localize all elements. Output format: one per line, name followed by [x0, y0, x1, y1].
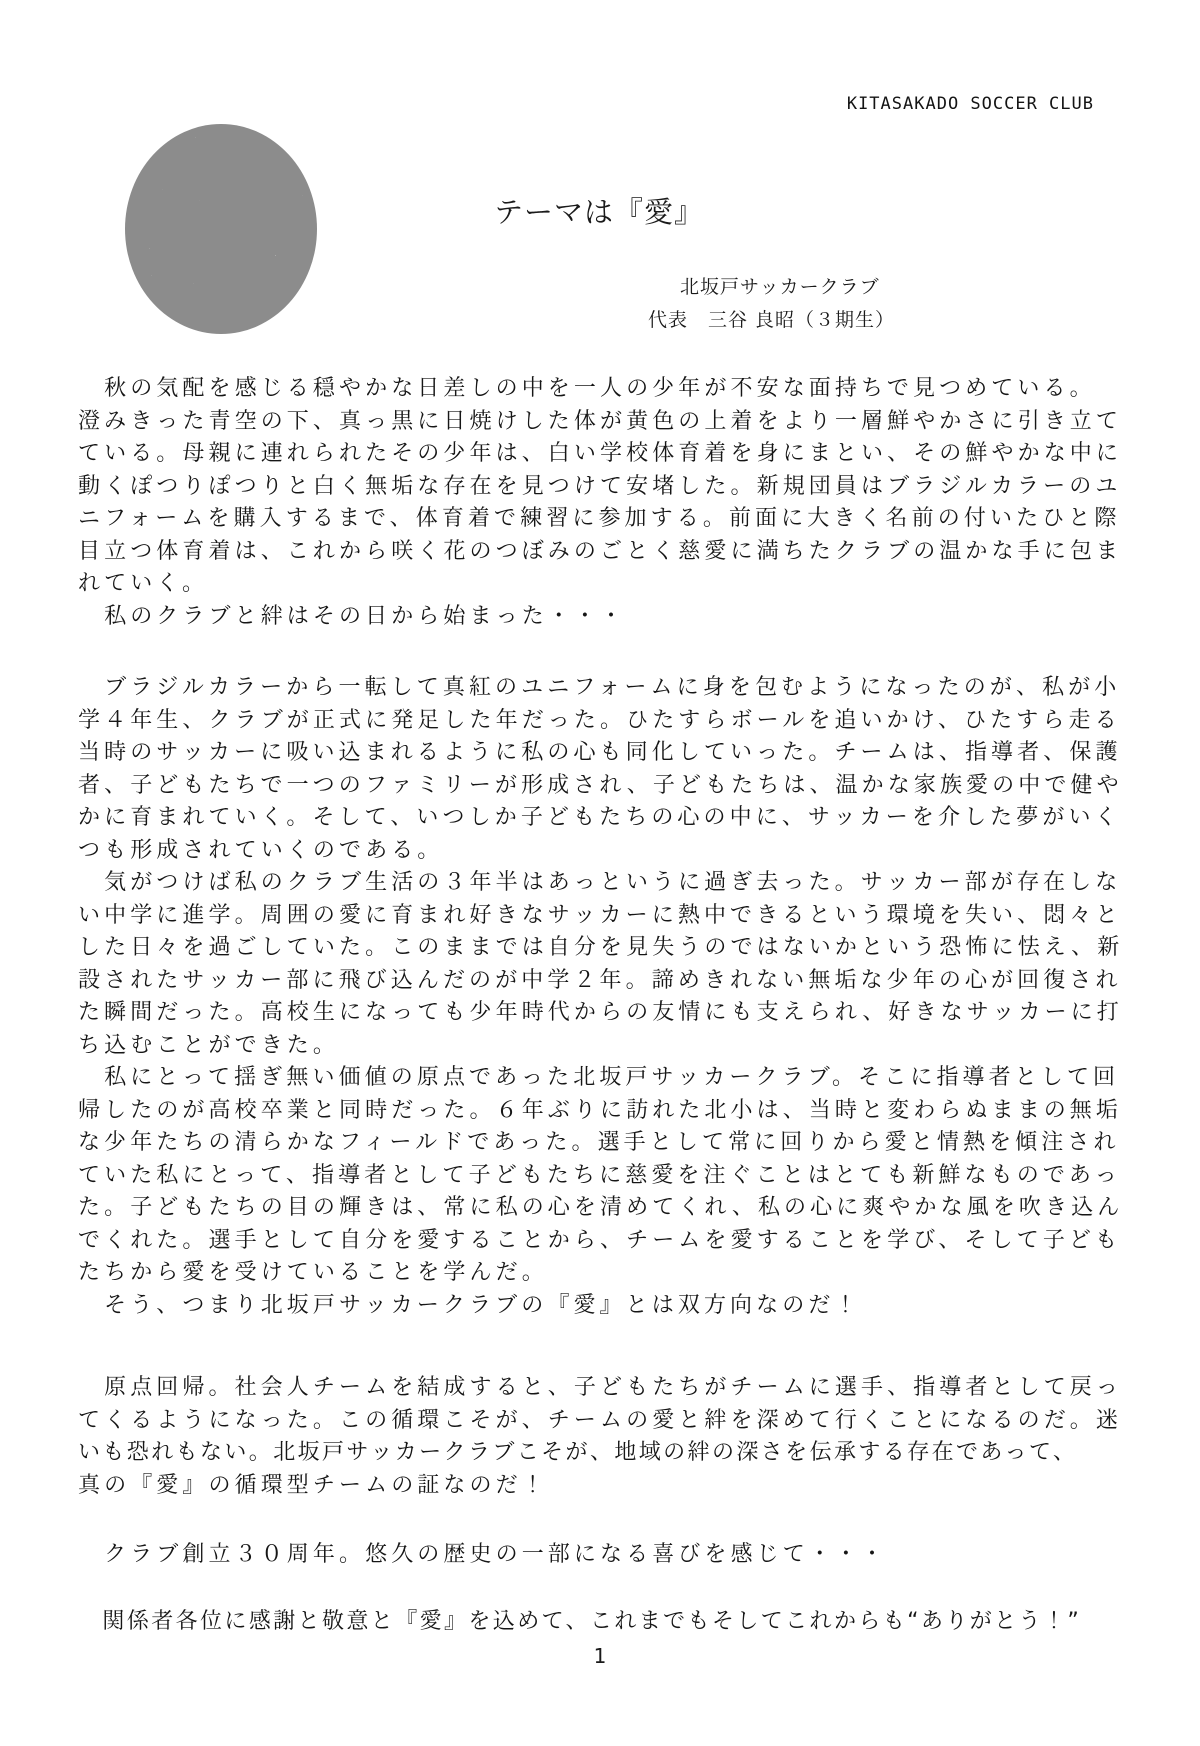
page-title: テーマは『愛』 [494, 190, 704, 231]
text-line: れていく。 [78, 568, 1122, 601]
text-line: 気がつけば私のクラブ生活の３年半はあっというに過ぎ去った。サッカー部が存在しな [78, 867, 1123, 900]
text-line: 関係者各位に感謝と敬意と『愛』を込めて、これまでもそしてこれからも“ありがとう！… [78, 1606, 1081, 1639]
text-line: ブラジルカラーから一転して真紅のユニフォームに身を包むようになったのが、私が小 [78, 672, 1123, 705]
text-line: ニフォームを購入するまで、体育着で練習に参加する。前面に大きく名前の付いたひと際 [78, 503, 1122, 536]
paragraph: ブラジルカラーから一転して真紅のユニフォームに身を包むようになったのが、私が小学… [78, 672, 1123, 1322]
text-line: ち込むことができた。 [78, 1030, 1123, 1063]
text-line: 学４年生、クラブが正式に発足した年だった。ひたすらボールを追いかけ、ひたすら走る [78, 705, 1123, 738]
text-line: 私のクラブと絆はその日から始まった・・・ [78, 601, 1122, 634]
text-line: 原点回帰。社会人チームを結成すると、子どもたちがチームに選手、指導者として戻っ [78, 1372, 1122, 1405]
text-line: てくるようになった。この循環こそが、チームの愛と絆を深めて行くことになるのだ。迷 [78, 1405, 1122, 1438]
text-line: 当時のサッカーに吸い込まれるように私の心も同化していった。チームは、指導者、保護 [78, 737, 1123, 770]
text-line: かに育まれていく。そして、いつしか子どもたちの心の中に、サッカーを介した夢がいく [78, 802, 1123, 835]
text-line: でくれた。選手として自分を愛することから、チームを愛することを学び、そして子ども [78, 1225, 1123, 1258]
text-line: 目立つ体育着は、これから咲く花のつぼみのごとく慈愛に満ちたクラブの温かな手に包ま [78, 536, 1122, 569]
text-line: た瞬間だった。高校生になっても少年時代からの友情にも支えられ、好きなサッカーに打 [78, 997, 1123, 1030]
text-line: たちから愛を受けていることを学んだ。 [78, 1257, 1123, 1290]
text-line: い中学に進学。周囲の愛に育まれ好きなサッカーに熱中できるという環境を失い、悶々と [78, 900, 1123, 933]
text-line: 者、子どもたちで一つのファミリーが形成され、子どもたちは、温かな家族愛の中で健や [78, 770, 1123, 803]
paragraph: クラブ創立３０周年。悠久の歴史の一部になる喜びを感じて・・・ [78, 1539, 887, 1572]
text-line: いも恐れもない。北坂戸サッカークラブこそが、地域の絆の深さを伝承する存在であって… [78, 1437, 1122, 1470]
text-line: ていた私にとって、指導者として子どもたちに慈愛を注ぐことはとても新鮮なものであっ [78, 1160, 1123, 1193]
text-line: 動くぽつりぽつりと白く無垢な存在を見つけて安堵した。新規団員はブラジルカラーのユ [78, 471, 1122, 504]
portrait-photo [124, 124, 318, 378]
text-line: 真の『愛』の循環型チームの証なのだ！ [78, 1470, 1122, 1503]
author-name: 代表 三谷 良昭（３期生） [648, 305, 895, 332]
text-line: そう、つまり北坂戸サッカークラブの『愛』とは双方向なのだ！ [78, 1290, 1123, 1323]
portrait-photo-image [124, 124, 318, 378]
paragraph: 原点回帰。社会人チームを結成すると、子どもたちがチームに選手、指導者として戻って… [78, 1372, 1122, 1502]
text-line: つも形成されていくのである。 [78, 835, 1123, 868]
text-line: した日々を過ごしていた。このままでは自分を見失うのではないかという恐怖に怯え、新 [78, 932, 1123, 965]
paragraph: 秋の気配を感じる穏やかな日差しの中を一人の少年が不安な面持ちで見つめている。澄み… [78, 373, 1122, 633]
paragraph: 関係者各位に感謝と敬意と『愛』を込めて、これまでもそしてこれからも“ありがとう！… [78, 1606, 1081, 1639]
text-line: 帰したのが高校卒業と同時だった。６年ぶりに訪れた北小は、当時と変わらぬままの無垢 [78, 1095, 1123, 1128]
club-name-header: KITASAKADO SOCCER CLUB [847, 94, 1094, 114]
text-line: 澄みきった青空の下、真っ黒に日焼けした体が黄色の上着をより一層鮮やかさに引き立て [78, 406, 1122, 439]
text-line: ている。母親に連れられたその少年は、白い学校体育着を身にまとい、その鮮やかな中に [78, 438, 1122, 471]
text-line: な少年たちの清らかなフィールドであった。選手として常に回りから愛と情熱を傾注され [78, 1127, 1123, 1160]
page-number: 1 [0, 1644, 1200, 1668]
author-organization: 北坂戸サッカークラブ [680, 272, 880, 299]
text-line: た。子どもたちの目の輝きは、常に私の心を清めてくれ、私の心に爽やかな風を吹き込ん [78, 1192, 1123, 1225]
text-line: 秋の気配を感じる穏やかな日差しの中を一人の少年が不安な面持ちで見つめている。 [78, 373, 1122, 406]
text-line: 私にとって揺ぎ無い価値の原点であった北坂戸サッカークラブ。そこに指導者として回 [78, 1062, 1123, 1095]
text-line: 設されたサッカー部に飛び込んだのが中学２年。諦めきれない無垢な少年の心が回復され [78, 965, 1123, 998]
document-page: KITASAKADO SOCCER CLUB [0, 0, 1200, 1746]
text-line: クラブ創立３０周年。悠久の歴史の一部になる喜びを感じて・・・ [78, 1539, 887, 1572]
